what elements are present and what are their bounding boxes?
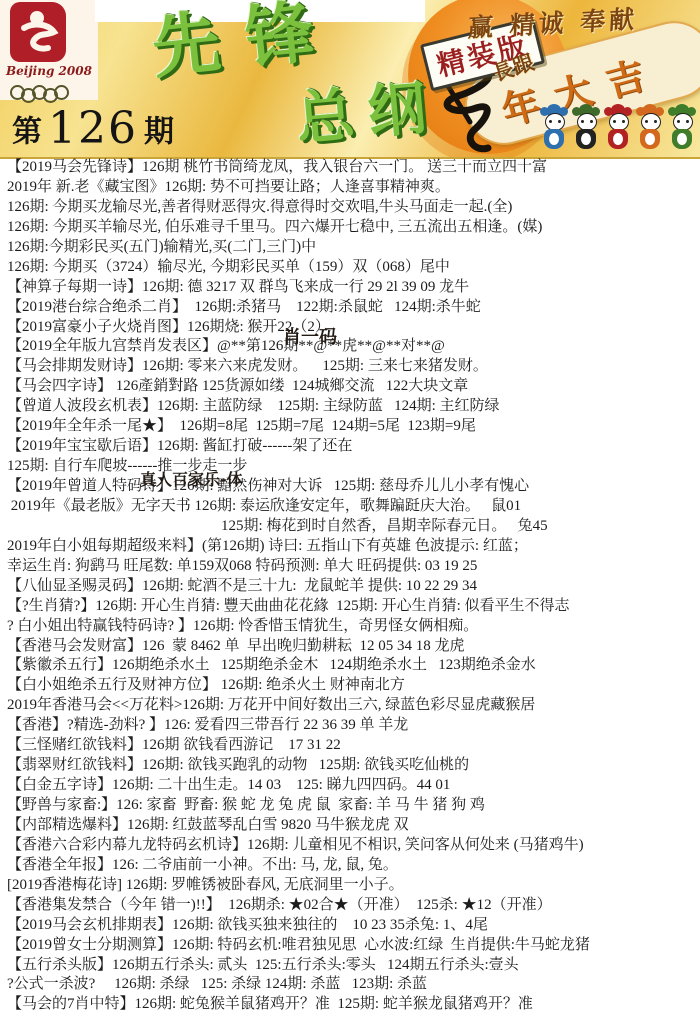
text-line: 【2019年全年杀一尾★】 126期=8尾 125期=7尾 124期=5尾 12…	[7, 417, 700, 437]
olympic-rings-icon	[10, 82, 100, 102]
text-line: 【白小姐绝杀五行及财神方位】 126期: 绝杀火土 财神南北方	[7, 676, 700, 696]
mascot-belly	[581, 133, 591, 145]
mascot-body	[576, 129, 596, 149]
text-line: 【香港集发禁合（今年 错一)!!】 126期杀: ★02合★（开准） 125杀:…	[7, 896, 700, 916]
text-line: 2019年白小姐每期超级来料】(第126期) 诗曰: 五指山下有英雄 色波提示:…	[7, 537, 700, 557]
text-line: 126期:今期彩民买(五门)输精光,买(二门,三门)中	[7, 238, 700, 258]
mascot-belly	[549, 133, 559, 145]
text-line: 2019年 新.老《藏宝图》126期: 势不可挡要让路；人逢喜事精神爽。	[7, 178, 700, 198]
issue-number-block: 第126期	[12, 103, 174, 154]
fuwa-mascots-row	[540, 102, 696, 154]
text-line: 【2019马会玄机排期表】126期: 欲钱买独来独往的 10 23 35杀兔: …	[7, 916, 700, 936]
issue-number: 126	[42, 103, 144, 154]
text-line: 【马会四字诗】 126產銷對路 125货源如缕 124城鄉交流 122大块文章	[7, 377, 700, 397]
mascot-eye	[645, 120, 648, 123]
text-line: 126期: 今期买羊输尽光, 伯乐难寻千里马。四六爆开七稳中, 三五流出五相逢。…	[7, 218, 700, 238]
text-line: 126期: 今期买龙输尽光,善者得财恶得灾.得意得时交欢唱,牛头马面走一起.(全…	[7, 198, 700, 218]
text-line: 126期: 今期买（3724）输尽光, 今期彩民买单（159）双（068）尾中	[7, 258, 700, 278]
fuwa-mascot-yingying-icon	[636, 102, 664, 154]
text-line: ?公式一杀波? 126期: 杀绿 125: 杀绿 124期: 杀蓝 123期: …	[7, 975, 700, 995]
text-line: 【神算子每期一诗】126期: 德 3217 双 群鸟飞来成一行 29 2l 39…	[7, 278, 700, 298]
text-line: 【2019马会先锋诗】126期 桃竹书筒绮龙凤，我入银台六一门。 送三十而立四十…	[7, 158, 700, 178]
text-line: 【2019曾女士分期测算】126期: 特码玄机:唯君独见思 心水波:红绿 生肖提…	[7, 936, 700, 956]
fuwa-mascot-beibei-icon	[540, 102, 568, 154]
issue-prefix: 第	[12, 116, 42, 149]
text-line: 【香港马会发财富】126 蒙 8462 单 早出晚归勤耕耘 12 05 34 1…	[7, 637, 700, 657]
text-line: 【曾道人波段玄机表】126期: 主蓝防绿 125期: 主绿防蓝 124期: 主红…	[7, 397, 700, 417]
mascot-eye	[686, 120, 689, 123]
tip-sheet-text-block: 【2019马会先锋诗】126期 桃竹书筒绮龙凤，我入银台六一门。 送三十而立四十…	[7, 158, 700, 1015]
beijing-2008-wordmark: Beijing 2008	[6, 64, 96, 78]
text-line: 【马会的7肖中特】126期: 蛇兔猴羊鼠猪鸡开？准 125期: 蛇羊猴龙鼠猪鸡开…	[7, 995, 700, 1015]
text-line: 【2019全年版九宫禁肖发表区】@**第126期**@**虎**@**对**@	[7, 337, 700, 357]
text-line: 幸运生肖: 狗鹞马 旺尾数: 单159双068 特码预测: 单大 旺码提供: 0…	[7, 557, 700, 577]
mascot-eye	[613, 120, 616, 123]
mascot-eye	[677, 120, 680, 123]
text-line: 【2019富豪小子火烧肖图】126期烧: 猴开22（2）	[7, 318, 700, 338]
mascot-eye	[581, 120, 584, 123]
mascot-body	[544, 129, 564, 149]
mascot-body	[608, 129, 628, 149]
text-line: 【2019港台综合绝杀二肖】 126期:杀猪马 122期:杀鼠蛇 124期:杀牛…	[7, 298, 700, 318]
mascot-eye	[549, 120, 552, 123]
mascot-body	[640, 129, 660, 149]
text-line: 125期: 自行车爬坡------推一步走一步	[7, 457, 700, 477]
text-line: 【香港全年报】126: 二爷庙前一小神。不出: 马, 龙, 鼠, 兔。	[7, 856, 700, 876]
text-line: 【三怪赌红欲钱料】126期 欲钱看西游记 17 31 22	[7, 736, 700, 756]
overprint-stamp: 真人百家乐-体	[140, 467, 243, 490]
mascot-eye	[590, 120, 593, 123]
text-line: 【2019年宝宝歇后语】126期: 酱缸打破------架了还在	[7, 437, 700, 457]
text-line: 【2019年曾道人特码诗】126期: 黯然伤神对大诉 125期: 慈母乔儿儿小孝…	[7, 477, 700, 497]
overprint-stamp: 肖一码	[283, 323, 337, 349]
text-line: 2019年香港马会<<万花料>126期: 万花开中间好数出三六, 绿蓝色彩尽显虎…	[7, 696, 700, 716]
ring-icon	[54, 85, 69, 100]
text-line: 【马会排期发财诗】126期: 零来六来虎发财。 125期: 三来七来猪发财。	[7, 357, 700, 377]
text-line: 125期: 梅花到时自然香，昌期幸际春元日。 兔45	[7, 517, 700, 537]
text-line: 【香港六合彩内幕九龙特码玄机诗】126期: 儿童相见不相识, 笑问客从何处来 (…	[7, 836, 700, 856]
text-line: 【香港】?精选-劲料? 】126: 爱看四三带吾行 22 36 39 单 羊龙	[7, 716, 700, 736]
mascot-belly	[677, 133, 687, 145]
beijing-2008-emblem-icon	[10, 2, 66, 62]
masthead-title-bottom: 总纲	[294, 78, 443, 148]
text-line: ? 白小姐出特赢钱特码诗? 】126期: 怜香惜玉情犹生，奇男怪女俩相痴。	[7, 617, 700, 637]
text-line: 【紫徽杀五行】126期绝杀水土 125期绝杀金木 124期绝杀水土 123期绝杀…	[7, 656, 700, 676]
text-line: 2019年《最老版》无字天书 126期: 泰运欣逢安定年，歌舞蹁跹庆大治。 鼠0…	[7, 497, 700, 517]
fuwa-mascot-jingjing-icon	[572, 102, 600, 154]
issue-suffix: 期	[144, 116, 174, 149]
mascot-belly	[645, 133, 655, 145]
text-line: 【野兽与家畜:】126: 家畜 野畜: 猴 蛇 龙 兔 虎 鼠 家畜: 羊 马 …	[7, 796, 700, 816]
text-line: [2019香港梅花诗] 126期: 罗帷锈被卧春风, 无底洞里一小子。	[7, 876, 700, 896]
fuwa-mascot-nini-icon	[668, 102, 696, 154]
text-line: 【内部精选爆料】126期: 红鼓蓝琴乱白雪 9820 马牛猴龙虎 双	[7, 816, 700, 836]
mascot-eye	[558, 120, 561, 123]
masthead-title-top: 先锋	[149, 0, 343, 84]
text-line: 【?生肖猜?】126期: 开心生肖猜: 豐天曲曲花花緣 125期: 开心生肖猜:…	[7, 597, 700, 617]
text-line: 【五行杀头版】126期五行杀头: 贰头 125:五行杀头:零头 124期五行杀头…	[7, 956, 700, 976]
mascot-eye	[654, 120, 657, 123]
fuwa-mascot-huanhuan-icon	[604, 102, 632, 154]
text-line: 【白金五字诗】126期: 二十出生走。14 03 125: 睇九四四码。44 0…	[7, 776, 700, 796]
text-line: 【八仙显圣赐灵码】126期: 蛇酒不是三十九: 龙鼠蛇羊 提供: 10 22 2…	[7, 577, 700, 597]
mascot-eye	[622, 120, 625, 123]
text-line: 【翡翠财红欲钱料】126期: 欲钱买跑乳的动物 125期: 欲钱买吃仙桃的	[7, 756, 700, 776]
header-banner: 年大吉 Beijing 2008 第126期 先锋 总纲 精装版 赢 精诚 奉献…	[0, 0, 700, 159]
mascot-body	[672, 129, 692, 149]
mascot-belly	[613, 133, 623, 145]
